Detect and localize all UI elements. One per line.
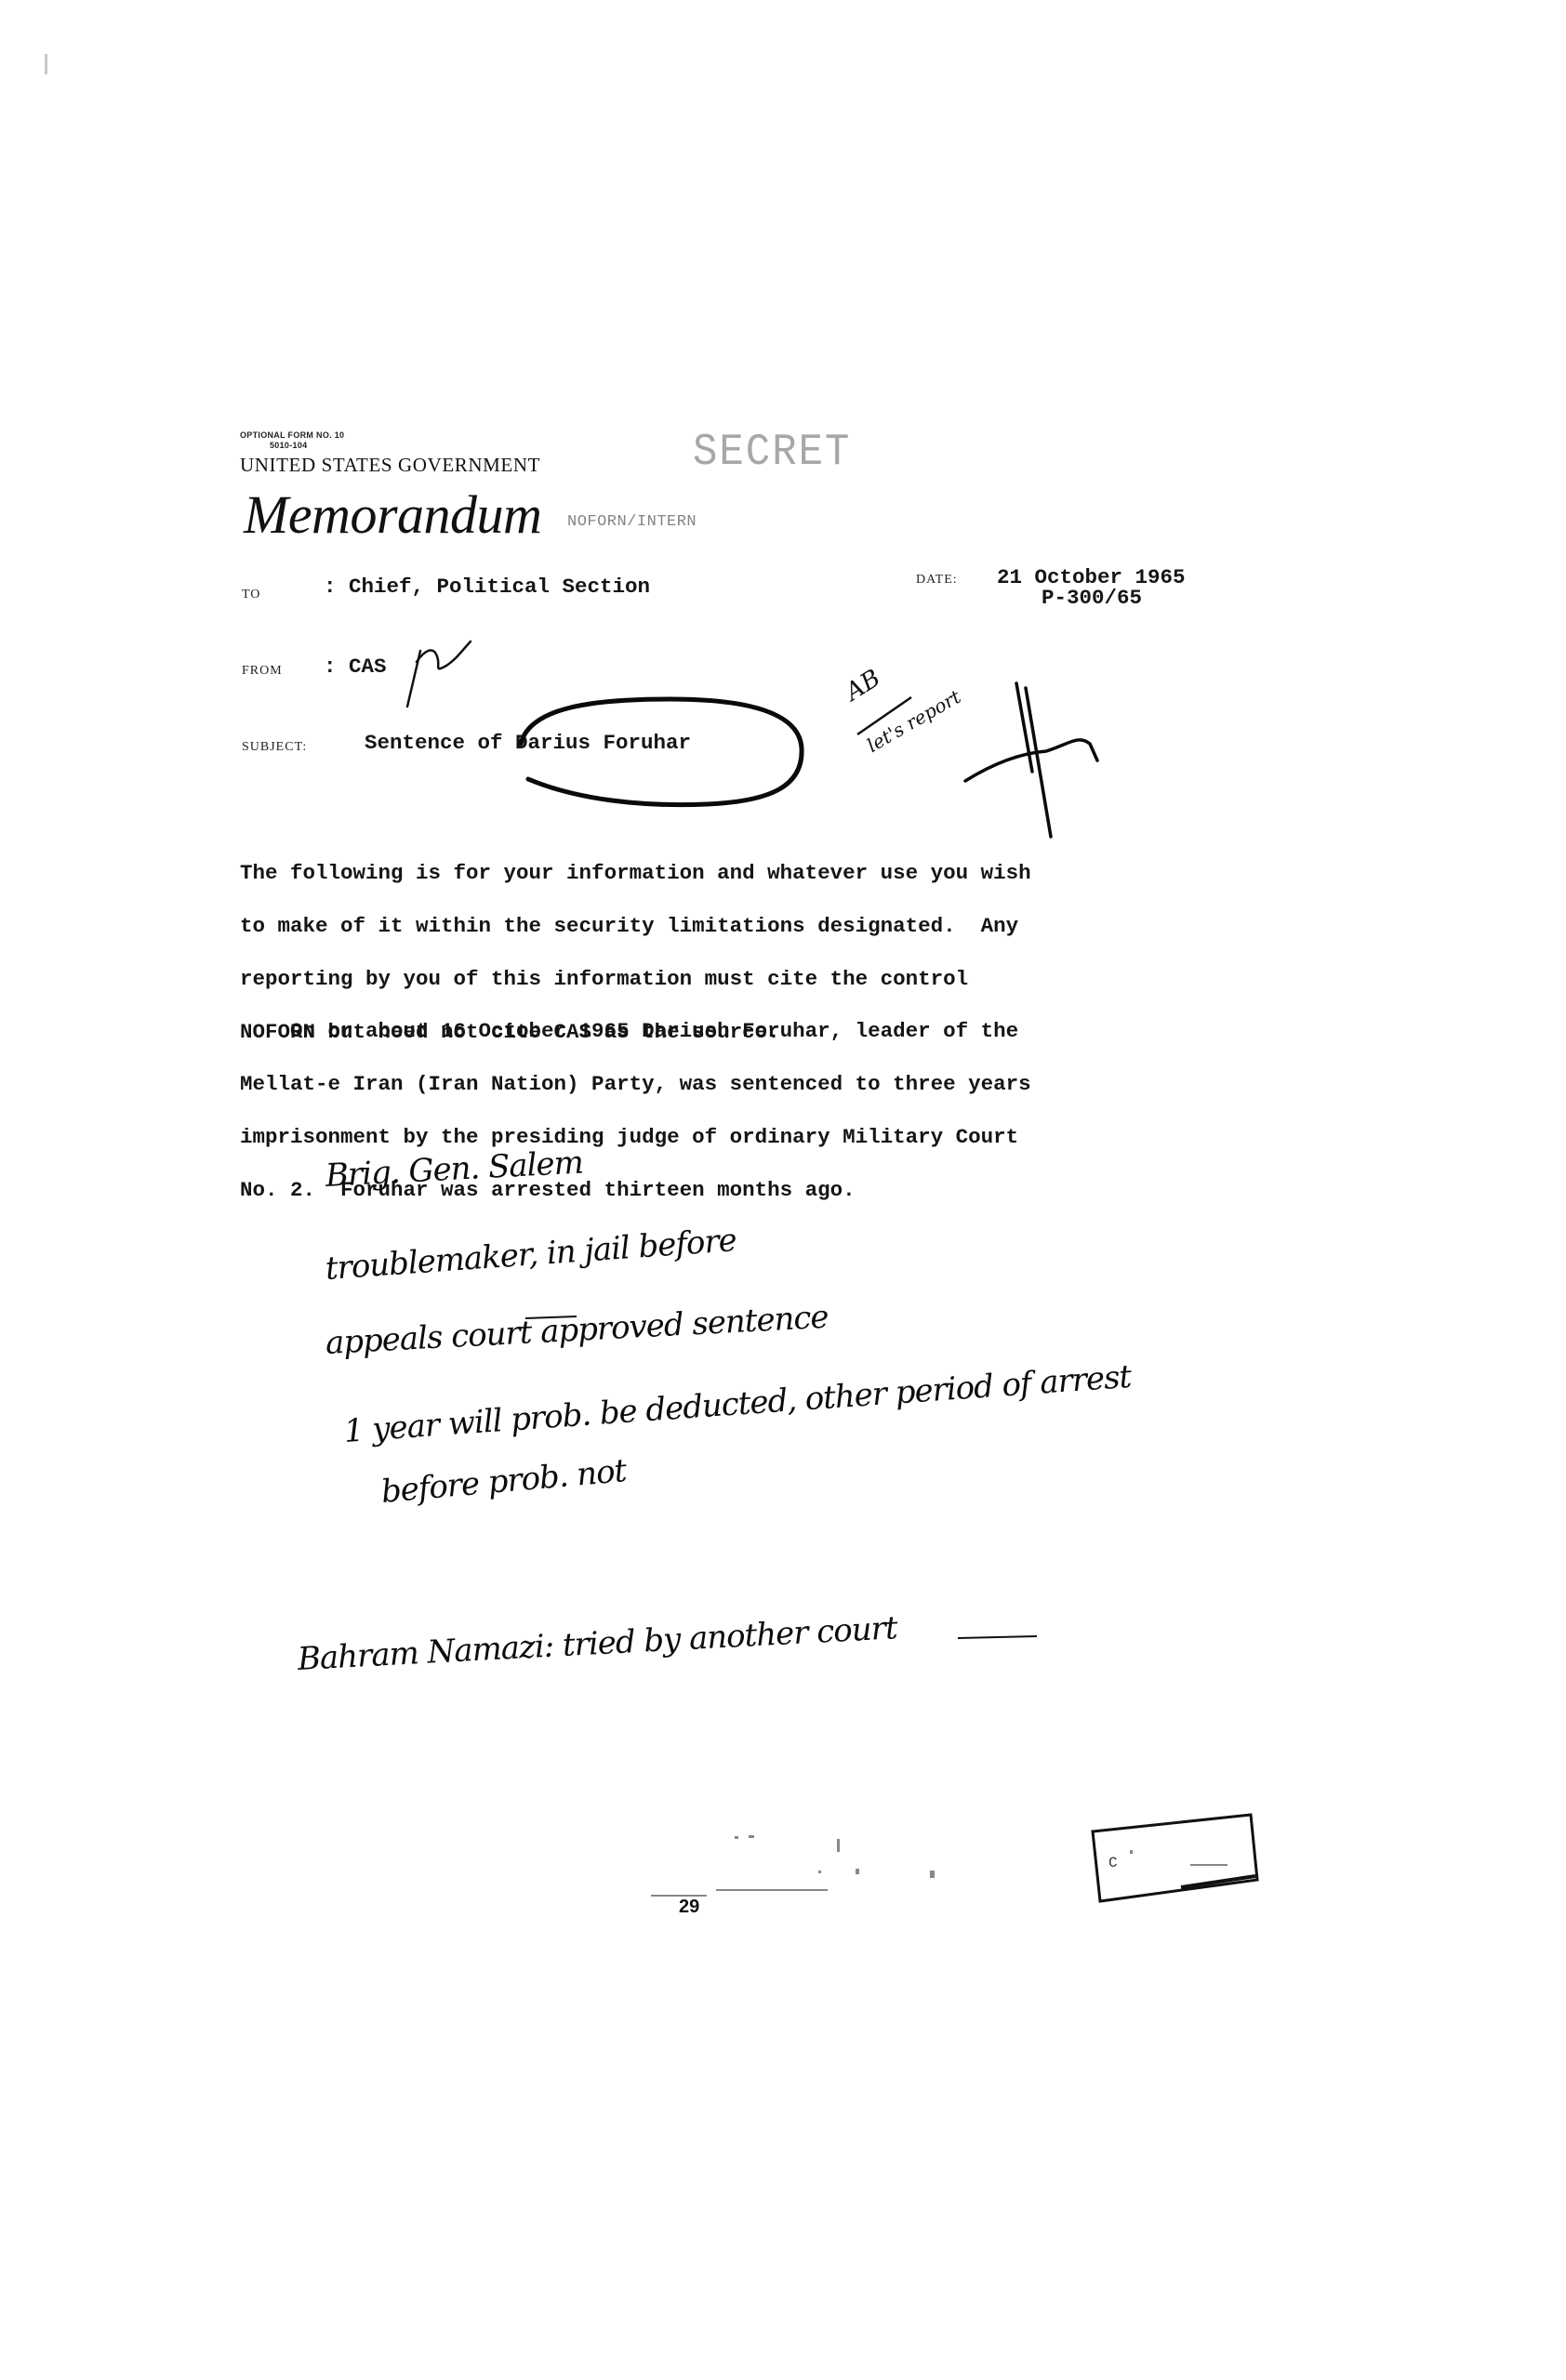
stamp-text: C	[1108, 1855, 1121, 1871]
ink-annotations	[0, 0, 1566, 2380]
initials-signature-mark	[965, 683, 1097, 837]
overline-stroke-2	[958, 1636, 1037, 1638]
cas-signature-mark	[407, 641, 471, 707]
subject-circle-mark	[521, 699, 802, 805]
page-number: 29	[679, 1897, 699, 1918]
